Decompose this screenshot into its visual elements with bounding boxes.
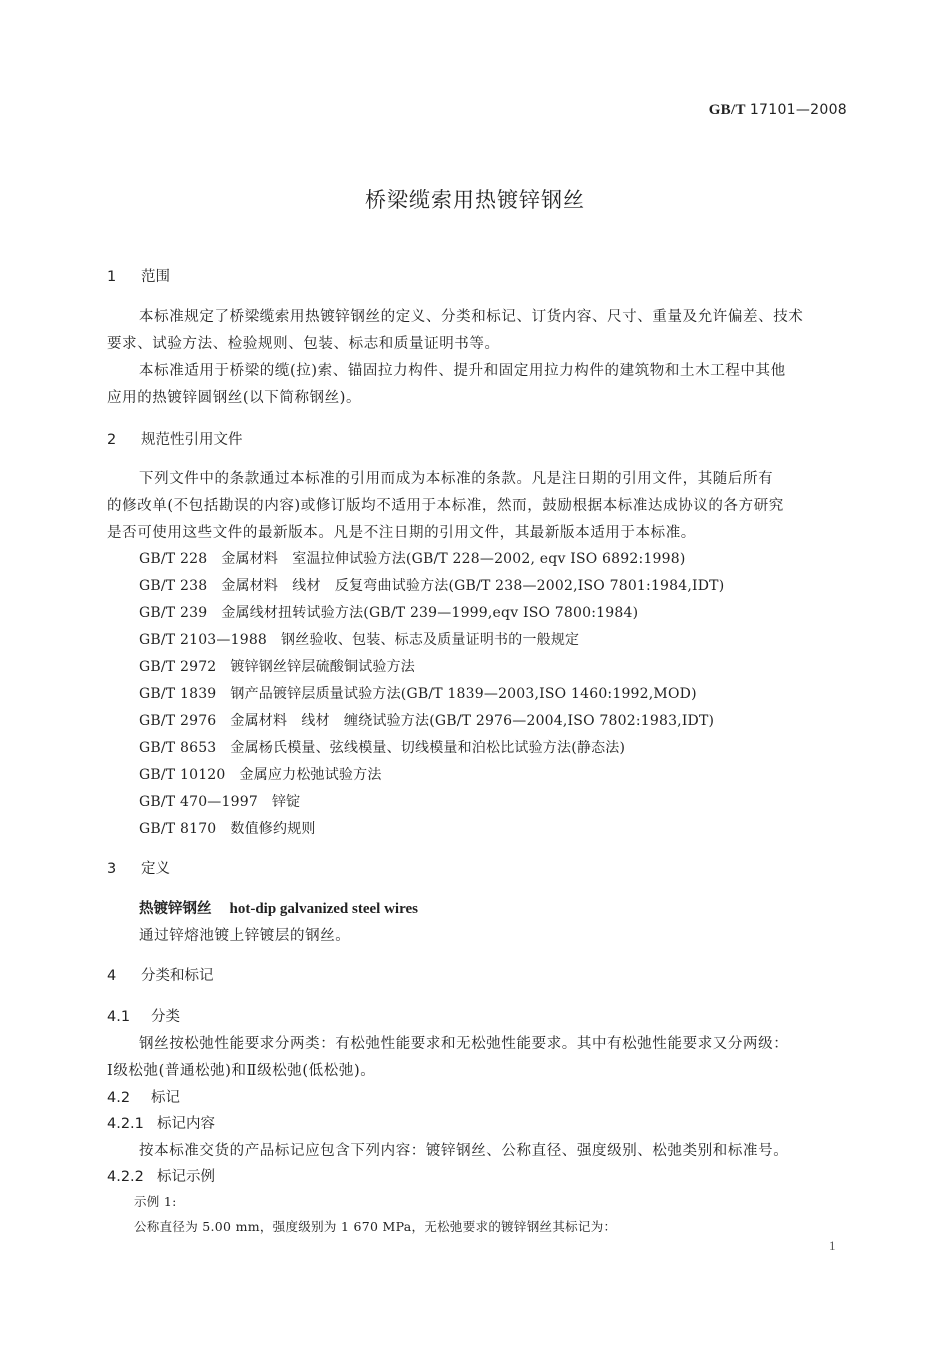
reference-item: GB/T 1839钢产品镀锌层质量试验方法(GB/T 1839—2003,ISO… — [139, 683, 697, 703]
reference-code: GB/T 228 — [139, 551, 207, 567]
reference-item: GB/T 2976金属材料 线材 缠绕试验方法(GB/T 2976—2004,I… — [139, 710, 714, 730]
example-text: 公称直径为 5.00 mm，强度级别为 1 670 MPa，无松弛要求的镀锌钢丝… — [134, 1217, 616, 1235]
reference-title: 金属材料 线材 反复弯曲试验方法(GB/T 238—2002,ISO 7801:… — [221, 578, 724, 594]
standard-code: GB/T 17101—2008 — [709, 102, 847, 119]
reference-code: GB/T 470—1997 — [139, 794, 258, 810]
reference-item: GB/T 8653金属杨氏模量、弦线模量、切线模量和泊松比试验方法(静态法) — [139, 737, 625, 757]
section-number: 1 — [107, 269, 141, 285]
standard-prefix: GB/T — [709, 102, 746, 118]
subsection-4-2-1-heading: 4.2.1标记内容 — [107, 1112, 215, 1133]
section-title: 定义 — [141, 861, 170, 877]
section-title: 规范性引用文件 — [141, 432, 243, 448]
document-page: GB/T 17101—2008 桥梁缆索用热镀锌钢丝 1范围 本标准规定了桥梁缆… — [0, 0, 950, 1352]
section-2-heading: 2规范性引用文件 — [107, 428, 243, 449]
paragraph-line: 本标准规定了桥梁缆索用热镀锌钢丝的定义、分类和标记、订货内容、尺寸、重量及允许偏… — [139, 305, 803, 326]
term-chinese: 热镀锌钢丝 — [139, 901, 212, 917]
paragraph-line: 应用的热镀锌圆钢丝(以下简称钢丝)。 — [107, 386, 361, 407]
section-number: 4.2.2 — [107, 1169, 157, 1185]
paragraph-line: 按本标准交货的产品标记应包含下列内容：镀锌钢丝、公称直径、强度级别、松弛类别和标… — [139, 1139, 788, 1160]
reference-code: GB/T 10120 — [139, 767, 226, 783]
reference-title: 钢丝验收、包装、标志及质量证明书的一般规定 — [281, 632, 579, 648]
paragraph-line: 下列文件中的条款通过本标准的引用而成为本标准的条款。凡是注日期的引用文件，其随后… — [139, 467, 773, 488]
document-title: 桥梁缆索用热镀锌钢丝 — [0, 184, 950, 214]
section-title: 标记内容 — [157, 1116, 215, 1132]
section-number: 2 — [107, 432, 141, 448]
reference-code: GB/T 2972 — [139, 659, 216, 675]
term-definition: 通过锌熔池镀上锌镀层的钢丝。 — [139, 924, 350, 945]
section-title: 范围 — [141, 269, 170, 285]
reference-code: GB/T 1839 — [139, 686, 216, 702]
term-english: hot-dip galvanized steel wires — [230, 901, 418, 917]
paragraph-line: 要求、试验方法、检验规则、包装、标志和质量证明书等。 — [107, 332, 500, 353]
paragraph-line: 的修改单(不包括勘误的内容)或修订版均不适用于本标准，然而，鼓励根据本标准达成协… — [107, 494, 784, 515]
paragraph-line: 钢丝按松弛性能要求分两类：有松弛性能要求和无松弛性能要求。其中有松弛性能要求又分… — [139, 1032, 788, 1053]
paragraph-line: 是否可使用这些文件的最新版本。凡是不注日期的引用文件，其最新版本适用于本标准。 — [107, 521, 696, 542]
standard-number: 17101—2008 — [750, 102, 847, 118]
section-title: 分类和标记 — [141, 968, 214, 984]
reference-item: GB/T 228金属材料 室温拉伸试验方法(GB/T 228—2002, eqv… — [139, 548, 686, 568]
reference-title: 锌锭 — [272, 794, 300, 810]
section-4-heading: 4分类和标记 — [107, 964, 214, 985]
example-label: 示例 1: — [134, 1192, 177, 1210]
reference-item: GB/T 2972镀锌钢丝锌层硫酸铜试验方法 — [139, 656, 415, 676]
reference-item: GB/T 2103—1988钢丝验收、包装、标志及质量证明书的一般规定 — [139, 629, 579, 649]
reference-title: 钢产品镀锌层质量试验方法(GB/T 1839—2003,ISO 1460:199… — [230, 686, 696, 702]
section-1-heading: 1范围 — [107, 265, 170, 286]
reference-item: GB/T 238金属材料 线材 反复弯曲试验方法(GB/T 238—2002,I… — [139, 575, 724, 595]
subsection-4-2-2-heading: 4.2.2标记示例 — [107, 1165, 215, 1186]
paragraph-line: 本标准适用于桥梁的缆(拉)索、锚固拉力构件、提升和固定用拉力构件的建筑物和土木工… — [139, 359, 786, 380]
section-title: 分类 — [151, 1009, 180, 1025]
reference-title: 金属杨氏模量、弦线模量、切线模量和泊松比试验方法(静态法) — [230, 740, 625, 756]
reference-item: GB/T 8170数值修约规则 — [139, 818, 316, 838]
page-number: 1 — [829, 1238, 836, 1254]
section-number: 4 — [107, 968, 141, 984]
reference-item: GB/T 10120金属应力松弛试验方法 — [139, 764, 382, 784]
reference-item: GB/T 239金属线材扭转试验方法(GB/T 239—1999,eqv ISO… — [139, 602, 638, 622]
reference-code: GB/T 239 — [139, 605, 207, 621]
section-number: 3 — [107, 861, 141, 877]
section-number: 4.2 — [107, 1090, 151, 1106]
section-number: 4.2.1 — [107, 1116, 157, 1132]
section-title: 标记 — [151, 1090, 180, 1106]
reference-code: GB/T 2976 — [139, 713, 216, 729]
subsection-4-1-heading: 4.1分类 — [107, 1005, 180, 1026]
subsection-4-2-heading: 4.2标记 — [107, 1086, 180, 1107]
reference-title: 金属应力松弛试验方法 — [240, 767, 382, 783]
reference-item: GB/T 470—1997锌锭 — [139, 791, 300, 811]
section-number: 4.1 — [107, 1009, 151, 1025]
reference-code: GB/T 8653 — [139, 740, 216, 756]
term-entry: 热镀锌钢丝hot-dip galvanized steel wires — [139, 897, 418, 918]
reference-code: GB/T 238 — [139, 578, 207, 594]
paragraph-line: Ⅰ级松弛(普通松弛)和Ⅱ级松弛(低松弛)。 — [107, 1059, 375, 1080]
reference-title: 金属线材扭转试验方法(GB/T 239—1999,eqv ISO 7800:19… — [221, 605, 638, 621]
reference-title: 数值修约规则 — [230, 821, 315, 837]
section-3-heading: 3定义 — [107, 857, 170, 878]
reference-code: GB/T 8170 — [139, 821, 216, 837]
reference-title: 金属材料 室温拉伸试验方法(GB/T 228—2002, eqv ISO 689… — [221, 551, 685, 567]
reference-code: GB/T 2103—1988 — [139, 632, 267, 648]
reference-title: 金属材料 线材 缠绕试验方法(GB/T 2976—2004,ISO 7802:1… — [230, 713, 714, 729]
reference-title: 镀锌钢丝锌层硫酸铜试验方法 — [230, 659, 415, 675]
section-title: 标记示例 — [157, 1169, 215, 1185]
